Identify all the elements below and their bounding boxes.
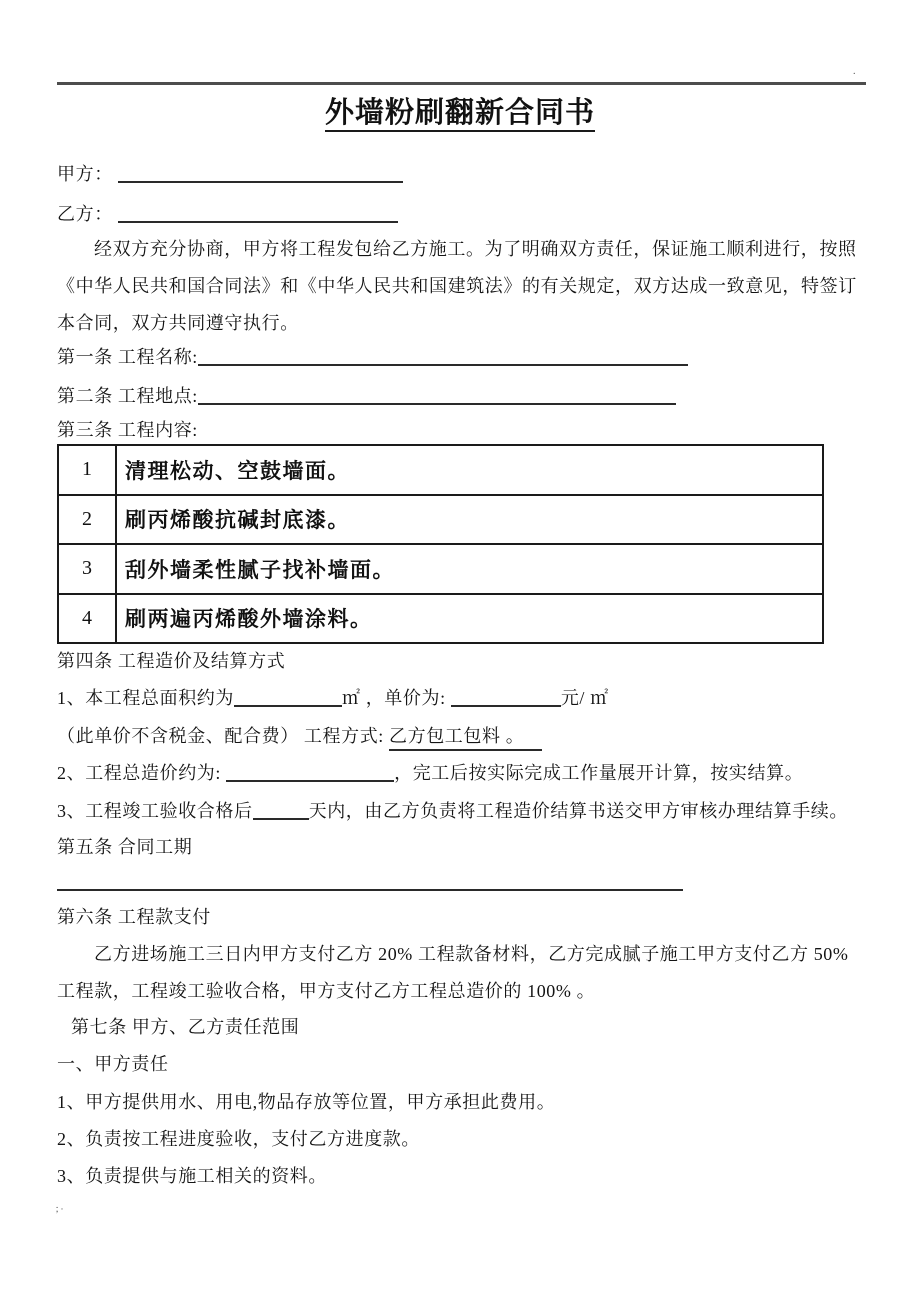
clause-3-line: 第三条 工程内容: <box>57 417 198 443</box>
clause-1-line: 第一条 工程名称: <box>57 344 688 370</box>
corner-mark: . <box>853 66 856 77</box>
table-row: 4 刷两遍丙烯酸外墙涂料。 <box>58 594 823 644</box>
party-a-label: 甲方： <box>57 164 113 184</box>
clause-4-l1-pre: 1、本工程总面积约为 <box>57 688 234 708</box>
clause-6-heading: 第六条 工程款支付 <box>57 904 211 930</box>
clause-7-heading: 第七条 甲方、乙方责任范围 <box>71 1014 299 1040</box>
clause-7-sub-a-heading: 一、甲方责任 <box>57 1051 169 1077</box>
clause-4-l3-suf: 天内，由乙方负责将工程造价结算书送交甲方审核办理结算手续。 <box>309 801 848 821</box>
clause-4-l2-pre: 2、工程总造价约为: <box>57 763 226 783</box>
area-blank <box>234 685 342 707</box>
clause-4-paren-pre: （此单价不含税金、配合费） 工程方式: <box>57 726 389 746</box>
title-row: 外墙粉刷翻新合同书 <box>0 90 920 131</box>
clause-4-line-2: 2、工程总造价约为: ，完工后按实际完成工作量展开计算，按实结算。 <box>57 760 803 786</box>
row-text: 刷丙烯酸抗碱封底漆。 <box>116 495 823 545</box>
clause-1-blank <box>198 344 688 366</box>
footer-mark: ；· <box>55 1202 65 1215</box>
contract-document: . 外墙粉刷翻新合同书 甲方： 乙方： 经双方充分协商，甲方将工程发包给乙方施工… <box>0 0 920 1302</box>
clause-5-heading: 第五条 合同工期 <box>57 834 192 860</box>
clause-4-l3-pre: 3、工程竣工验收合格后 <box>57 801 253 821</box>
table-row: 3 刮外墙柔性腻子找补墙面。 <box>58 544 823 594</box>
party-b-line: 乙方： <box>57 201 398 227</box>
row-number: 1 <box>58 445 116 495</box>
page-title: 外墙粉刷翻新合同书 <box>325 97 595 132</box>
intro-line-2: 《中华人民共和国合同法》和《中华人民共和国建筑法》的有关规定，双方达成一致意见，… <box>57 273 857 299</box>
row-text: 刮外墙柔性腻子找补墙面。 <box>116 544 823 594</box>
work-method-value: 乙方包工包料 。 <box>389 726 542 751</box>
party-a-duty-3: 3、负责提供与施工相关的资料。 <box>57 1163 327 1189</box>
clause-4-line-1: 1、本工程总面积约为㎡ ，单价为: 元/ ㎡ <box>57 685 609 711</box>
clause-4-l2-suf: ，完工后按实际完成工作量展开计算，按实结算。 <box>394 763 803 783</box>
table-row: 2 刷丙烯酸抗碱封底漆。 <box>58 495 823 545</box>
row-number: 2 <box>58 495 116 545</box>
party-b-blank <box>118 201 398 223</box>
party-b-label: 乙方： <box>57 204 113 224</box>
table-row: 1 清理松动、空鼓墙面。 <box>58 445 823 495</box>
party-a-duty-1: 1、甲方提供用水、用电,物品存放等位置，甲方承担此费用。 <box>57 1089 555 1115</box>
clause-2-line: 第二条 工程地点: <box>57 383 676 409</box>
clause-4-heading: 第四条 工程造价及结算方式 <box>57 648 285 674</box>
row-text: 刷两遍丙烯酸外墙涂料。 <box>116 594 823 644</box>
clause-4-l1-mid: ㎡ ，单价为: <box>342 688 451 708</box>
clause-4-l1-suf: 元/ ㎡ <box>561 688 609 708</box>
clause-4-line-3: 3、工程竣工验收合格后天内，由乙方负责将工程造价结算书送交甲方审核办理结算手续。 <box>57 798 848 824</box>
unit-price-blank <box>451 685 561 707</box>
row-number: 4 <box>58 594 116 644</box>
intro-line-1: 经双方充分协商，甲方将工程发包给乙方施工。为了明确双方责任，保证施工顺利进行，按… <box>57 236 857 262</box>
clause-2-label: 第二条 工程地点: <box>57 386 198 406</box>
days-blank <box>253 798 309 820</box>
top-divider <box>57 82 866 85</box>
clause-5-blank-line <box>57 889 683 891</box>
clause-4-paren-line: （此单价不含税金、配合费） 工程方式: 乙方包工包料 。 <box>57 723 542 749</box>
work-items-table: 1 清理松动、空鼓墙面。 2 刷丙烯酸抗碱封底漆。 3 刮外墙柔性腻子找补墙面。… <box>57 444 824 644</box>
clause-2-blank <box>198 383 676 405</box>
intro-line-3: 本合同，双方共同遵守执行。 <box>57 310 299 336</box>
clause-1-label: 第一条 工程名称: <box>57 347 198 367</box>
clause-3-label: 第三条 工程内容: <box>57 420 198 440</box>
total-price-blank <box>226 760 394 782</box>
row-text: 清理松动、空鼓墙面。 <box>116 445 823 495</box>
clause-6-line-1: 乙方进场施工三日内甲方支付乙方 20% 工程款备材料，乙方完成腻子施工甲方支付乙… <box>57 941 848 967</box>
clause-6-line-2: 工程款，工程竣工验收合格，甲方支付乙方工程总造价的 100% 。 <box>57 978 595 1004</box>
party-a-blank <box>118 161 403 183</box>
party-a-duty-2: 2、负责按工程进度验收，支付乙方进度款。 <box>57 1126 420 1152</box>
row-number: 3 <box>58 544 116 594</box>
party-a-line: 甲方： <box>57 161 403 187</box>
